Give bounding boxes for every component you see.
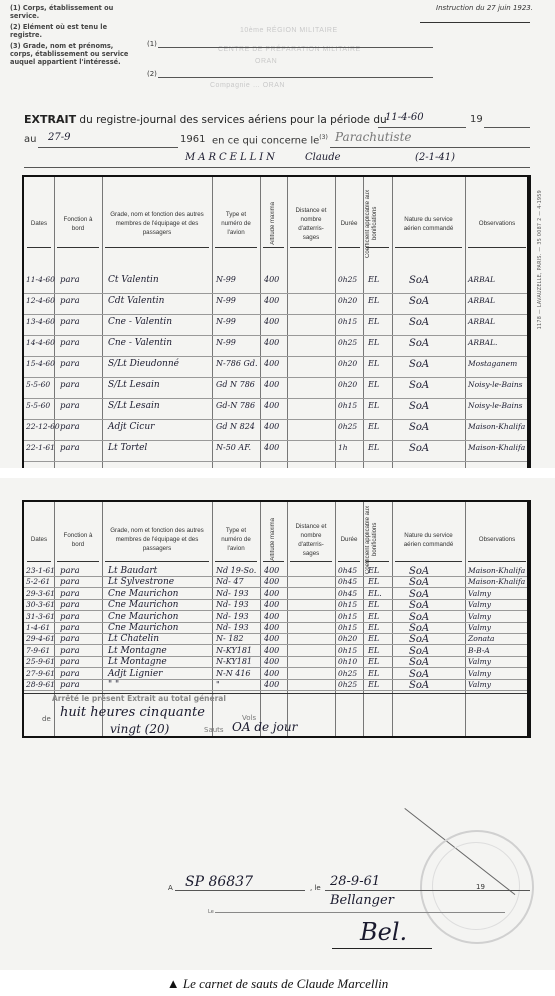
name-value: MARCELLIN: [185, 152, 278, 163]
cell-nature: SoA: [409, 296, 429, 307]
cell-grade: Lt Tortel: [108, 443, 147, 453]
faint-stamp-line-1: 10ème RÉGION MILITAIRE: [240, 27, 338, 34]
cell-nature: SoA: [409, 317, 429, 328]
cell-fonction: para: [60, 380, 80, 390]
field-2-line: [158, 77, 433, 78]
cell-fonction: para: [60, 612, 80, 622]
cell-duree: 0h25: [338, 680, 357, 689]
header-underline: [338, 247, 360, 248]
cell-duree: 0h15: [338, 646, 357, 655]
header-underline: [263, 561, 284, 562]
cell-alt: 400: [264, 612, 279, 621]
header-duree: Durée: [335, 177, 363, 270]
cell-coef: EL: [368, 680, 379, 689]
cell-alt: 400: [264, 623, 279, 632]
header-underline: [263, 247, 284, 248]
cell-obs: Valmy: [468, 600, 491, 609]
grade-line: [330, 147, 530, 148]
cell-date: 14-4-60: [26, 338, 55, 347]
field-1-label: (1): [147, 40, 157, 48]
cell-grade: Adjt Cicur: [108, 422, 154, 432]
cell-obs: Maison-Khalifa: [468, 443, 525, 452]
cell-duree: 0h20: [338, 634, 357, 643]
cell-nature: SoA: [409, 589, 429, 600]
period-to: 27-9: [48, 132, 70, 143]
field-2-label: (2): [147, 70, 157, 78]
table-row: 11-4-60paraCt ValentinN-994000h25ELSoAAR…: [24, 273, 527, 293]
cell-coef: EL: [368, 612, 379, 621]
row-rule: [24, 461, 527, 462]
cell-grade: S/Lt Dieudonné: [108, 359, 179, 369]
cell-date: 30-3-61: [26, 600, 55, 609]
period-from-line: [378, 127, 466, 128]
le-label: , le: [310, 884, 321, 892]
service-log-table-top: Dates Fonction à bord Grade, nom et fonc…: [22, 175, 531, 468]
cell-duree: 0h20: [338, 359, 357, 368]
cell-obs: ARBAL: [468, 296, 495, 305]
vols-value: huit heures cinquante: [60, 705, 205, 720]
cell-coef: EL: [368, 380, 379, 389]
arrete-label: Arrêté le présent Extrait au total génér…: [52, 694, 226, 703]
cell-nature: SoA: [409, 600, 429, 611]
cell-type: Gd N 824: [216, 422, 255, 431]
header-underline: [105, 247, 209, 248]
header-nature: Nature du service aérien commandé: [392, 177, 465, 270]
cell-type: N-99: [216, 338, 236, 347]
table-row: 15-4-60paraS/Lt DieudonnéN-786 Gd.4000h2…: [24, 357, 527, 377]
cell-nature: SoA: [409, 577, 429, 588]
document-page-top: (1) Corps, établissement ou service. (2)…: [0, 0, 555, 468]
cell-obs: Zonata: [468, 634, 495, 643]
cell-fonction: para: [60, 646, 80, 656]
de-label: de: [42, 715, 51, 723]
header-underline: [338, 561, 360, 562]
table-row: 7-9-61paraLt MontagneN-KY1814000h15ELSoA…: [24, 646, 527, 657]
cell-obs: Maison-Khalifa: [468, 577, 525, 586]
header-underline: [290, 561, 332, 562]
date-value: 28-9-61: [330, 874, 380, 889]
header-underline: [215, 247, 257, 248]
cell-fonction: para: [60, 566, 80, 576]
header-altitude-text: Altitude maxima: [270, 518, 277, 561]
cell-coef: EL: [368, 566, 379, 575]
header-underline: [27, 247, 51, 248]
cell-grade: S/Lt Lesain: [108, 401, 160, 411]
cell-obs: ARBAL.: [468, 338, 497, 347]
cell-type: Gd-N 786: [216, 401, 255, 410]
cell-date: 1-4-61: [26, 623, 50, 632]
cell-fonction: para: [60, 422, 80, 432]
header-underline: [468, 247, 526, 248]
cell-grade: Cne Maurichon: [108, 623, 178, 633]
cell-grade: Cne Maurichon: [108, 612, 178, 622]
cell-fonction: para: [60, 634, 80, 644]
cell-fonction: para: [60, 317, 80, 327]
service-log-table-bottom: Dates Fonction à bord Grade, nom et fonc…: [22, 500, 531, 738]
a-label: A: [168, 884, 173, 892]
cell-fonction: para: [60, 359, 80, 369]
cell-date: 15-4-60: [26, 359, 55, 368]
sauts-label: Sauts: [204, 726, 224, 734]
class-value: (2-1-41): [415, 152, 455, 163]
cell-type: N- 182: [216, 634, 244, 643]
cell-type: N-99: [216, 275, 236, 284]
cell-nature: SoA: [409, 646, 429, 657]
cell-fonction: para: [60, 669, 80, 679]
cell-grade: Cdt Valentin: [108, 296, 164, 306]
cell-type: N-KY181: [216, 646, 252, 655]
header-underline: [366, 561, 389, 562]
cell-grade: Cne Maurichon: [108, 600, 178, 610]
footnote-3: (3) Grade, nom et prénoms, corps, établi…: [10, 42, 132, 66]
cell-date: 31-3-61: [26, 612, 55, 621]
cell-alt: 400: [264, 657, 279, 666]
header-observations: Observations: [465, 177, 529, 270]
cell-alt: 400: [264, 577, 279, 586]
grade-value: Parachutiste: [335, 130, 412, 144]
cell-coef: EL: [368, 634, 379, 643]
instruction-note: Instruction du 27 juin 1923.: [436, 4, 533, 12]
cell-duree: 0h45: [338, 589, 357, 598]
header-fonction: Fonction à bord: [54, 177, 102, 270]
header-underline: [57, 247, 99, 248]
cell-obs: Mostaganem: [468, 359, 517, 368]
sauts-value: vingt (20): [110, 722, 169, 736]
date-line: [325, 890, 530, 891]
cell-obs: Valmy: [468, 589, 491, 598]
cell-nature: SoA: [409, 275, 429, 286]
table-row: 14-4-60paraCne - ValentinN-994000h25ELSo…: [24, 336, 527, 356]
cell-type: N-786 Gd.: [216, 359, 258, 368]
cell-fonction: para: [60, 589, 80, 599]
cell-date: 27-9-61: [26, 669, 55, 678]
cell-coef: EL: [368, 657, 379, 666]
name-line: [24, 167, 530, 168]
cell-alt: 400: [264, 338, 279, 347]
cell-nature: SoA: [409, 612, 429, 623]
cell-alt: 400: [264, 443, 279, 452]
field-1-line: [158, 47, 433, 48]
header-underline: [395, 561, 462, 562]
cell-duree: 0h10: [338, 657, 357, 666]
table-row: 5-5-60paraS/Lt LesainGd-N 7864000h15ELSo…: [24, 399, 527, 419]
footnote-2: (2) Elément où est tenu le registre.: [10, 23, 132, 39]
extrait-line-1: EXTRAIT du registre-journal des services…: [24, 113, 387, 126]
extrait-period-label: du registre-journal des services aériens…: [79, 114, 386, 126]
cell-grade: Ct Valentin: [108, 275, 159, 285]
cell-alt: 400: [264, 296, 279, 305]
cell-date: 5-2-61: [26, 577, 50, 586]
cell-duree: 0h20: [338, 380, 357, 389]
header-underline: [468, 561, 526, 562]
cell-alt: 400: [264, 380, 279, 389]
cell-fonction: para: [60, 338, 80, 348]
cell-alt: 400: [264, 401, 279, 410]
year-prefix: 19: [470, 114, 483, 125]
cell-alt: 400: [264, 317, 279, 326]
year-line: [484, 127, 530, 128]
cell-type: Gd N 786: [216, 380, 255, 389]
header-underline: [215, 561, 257, 562]
cell-obs: Valmy: [468, 657, 491, 666]
cell-duree: 0h25: [338, 422, 357, 431]
cell-obs: Valmy: [468, 612, 491, 621]
cell-nature: SoA: [409, 680, 429, 691]
signatory-line: [215, 912, 505, 913]
cell-nature: SoA: [409, 634, 429, 645]
table-row: 23-1-61paraLt BaudartNd 19-So.4000h45ELS…: [24, 566, 527, 577]
cell-alt: 400: [264, 359, 279, 368]
cell-date: 22-1-61: [26, 443, 55, 452]
table-row: 28-9-61para" ""4000h25ELSoAValmy: [24, 680, 527, 691]
table-row: 5-2-61paraLt SylvestroneNd- 474000h45ELS…: [24, 577, 527, 588]
au-label: au: [24, 134, 36, 145]
cell-fonction: para: [60, 296, 80, 306]
cell-type: N-N 416: [216, 669, 251, 678]
cell-duree: 0h15: [338, 612, 357, 621]
cell-duree: 0h45: [338, 566, 357, 575]
table-row: 31-3-61paraCne MaurichonNd- 1934000h15EL…: [24, 612, 527, 623]
concerne-text: en ce qui concerne le: [212, 135, 319, 146]
table-row: 30-3-61paraCne MaurichonNd- 1934000h15EL…: [24, 600, 527, 611]
cell-fonction: para: [60, 443, 80, 453]
cell-obs: B-B-A: [468, 646, 490, 655]
table-row: 12-4-60paraCdt ValentinN-994000h20ELSoAA…: [24, 294, 527, 314]
cell-duree: 0h25: [338, 338, 357, 347]
cell-type: Nd- 47: [216, 577, 244, 586]
header-coefficient-text: Coefficient applicable aux bonifications: [365, 177, 391, 270]
cell-duree: 0h15: [338, 401, 357, 410]
cell-duree: 0h25: [338, 669, 357, 678]
cell-obs: Valmy: [468, 669, 491, 678]
cell-date: 29-3-61: [26, 589, 55, 598]
cell-coef: EL: [368, 669, 379, 678]
cell-duree: 0h25: [338, 275, 357, 284]
header-underline: [395, 247, 462, 248]
cell-type: ": [216, 680, 220, 689]
cell-nature: SoA: [409, 623, 429, 634]
cell-date: 22-12-60: [26, 422, 60, 431]
cell-alt: 400: [264, 680, 279, 689]
cell-coef: EL: [368, 359, 379, 368]
cell-grade: Lt Montagne: [108, 657, 167, 667]
cell-grade: Lt Montagne: [108, 646, 167, 656]
signatory-name: Bellanger: [330, 893, 394, 908]
cell-nature: SoA: [409, 566, 429, 577]
cell-obs: ARBAL: [468, 275, 495, 284]
sauts-extra: OA de jour: [232, 720, 297, 734]
cell-type: N-50 AF.: [216, 443, 251, 452]
header-underline: [366, 247, 389, 248]
header-distance: Distance et nombre d'atterris-sages: [287, 177, 335, 270]
cell-date: 5-5-60: [26, 380, 50, 389]
cell-date: 5-5-60: [26, 401, 50, 410]
year-suffix: 19: [476, 883, 485, 891]
header-underline: [105, 561, 209, 562]
row-rule: [24, 690, 527, 691]
caption: ▲ Le carnet de sauts de Claude Marcellin: [0, 976, 555, 992]
header-grade: Grade, nom et fonction des autres membre…: [102, 177, 212, 270]
cell-obs: Noisy-le-Bains: [468, 380, 523, 389]
cell-date: 13-4-60: [26, 317, 55, 326]
cell-nature: SoA: [409, 338, 429, 349]
cell-duree: 1h: [338, 443, 348, 452]
cell-date: 7-9-61: [26, 646, 50, 655]
header-underline: [57, 561, 99, 562]
cell-alt: 400: [264, 422, 279, 431]
cell-alt: 400: [264, 600, 279, 609]
cell-fonction: para: [60, 275, 80, 285]
cell-alt: 400: [264, 275, 279, 284]
cell-coef: EL: [368, 401, 379, 410]
cell-coef: EL: [368, 577, 379, 586]
cell-nature: SoA: [409, 669, 429, 680]
cell-type: N-99: [216, 317, 236, 326]
cell-fonction: para: [60, 680, 80, 690]
faint-stamp-line-4: Compagnie … ORAN: [210, 82, 285, 89]
cell-coef: EL: [368, 338, 379, 347]
year-to: 1961: [180, 134, 205, 145]
cell-obs: Noisy-le-Bains: [468, 401, 523, 410]
cell-coef: EL: [368, 317, 379, 326]
period-to-line: [38, 147, 178, 148]
cell-type: Nd 19-So.: [216, 566, 256, 575]
cell-grade: Cne - Valentin: [108, 338, 172, 348]
cell-alt: 400: [264, 634, 279, 643]
cell-fonction: para: [60, 577, 80, 587]
cell-duree: 0h20: [338, 296, 357, 305]
cell-date: 12-4-60: [26, 296, 55, 305]
cell-fonction: para: [60, 401, 80, 411]
cell-grade: Adjt Lignier: [108, 669, 162, 679]
place-value: SP 86837: [185, 874, 253, 890]
cell-alt: 400: [264, 566, 279, 575]
header-type: Type et numéro de l'avion: [212, 177, 260, 270]
cell-nature: SoA: [409, 443, 429, 454]
cell-obs: Maison-Khalifa: [468, 422, 525, 431]
faint-stamp-line-3: ORAN: [255, 58, 277, 65]
cell-coef: EL: [368, 646, 379, 655]
header-dates: Dates: [24, 177, 54, 270]
firstname-value: Claude: [305, 152, 341, 163]
cell-nature: SoA: [409, 380, 429, 391]
cell-obs: Maison-Khalifa: [468, 566, 525, 575]
cell-grade: Lt Chatelin: [108, 634, 159, 644]
cell-date: 29-4-61: [26, 634, 55, 643]
table-row: 1-4-61paraCne MaurichonNd- 1934000h15ELS…: [24, 623, 527, 634]
table-row: 22-12-60paraAdjt CicurGd N 8244000h25ELS…: [24, 420, 527, 440]
cell-type: Nd- 193: [216, 612, 249, 621]
cell-fonction: para: [60, 657, 80, 667]
cell-nature: SoA: [409, 359, 429, 370]
extrait-title: EXTRAIT: [24, 113, 76, 126]
cell-coef: EL: [368, 422, 379, 431]
period-from: 11-4-60: [385, 112, 424, 123]
cell-duree: 0h15: [338, 623, 357, 632]
signature: Bel.: [360, 918, 407, 946]
cell-coef: EL: [368, 600, 379, 609]
cell-duree: 0h45: [338, 577, 357, 586]
cell-type: Nd- 193: [216, 600, 249, 609]
instruction-flourish: [420, 22, 530, 23]
cell-grade: Lt Baudart: [108, 566, 157, 576]
table-row: 25-9-61paraLt MontagneN-KY1814000h10ELSo…: [24, 657, 527, 668]
cell-coef: EL.: [368, 589, 382, 598]
header-underline: [290, 247, 332, 248]
header-coefficient: Coefficient applicable aux bonifications: [363, 177, 392, 270]
table-row: 27-9-61paraAdjt LignierN-N 4164000h25ELS…: [24, 669, 527, 680]
cell-type: N-KY181: [216, 657, 252, 666]
footnotes: (1) Corps, établissement ou service. (2)…: [10, 4, 132, 69]
cell-coef: EL: [368, 275, 379, 284]
cell-duree: 0h15: [338, 317, 357, 326]
cell-type: N-99: [216, 296, 236, 305]
cell-fonction: para: [60, 600, 80, 610]
cell-alt: 400: [264, 669, 279, 678]
cell-nature: SoA: [409, 401, 429, 412]
cell-obs: Valmy: [468, 623, 491, 632]
cell-obs: Valmy: [468, 680, 491, 689]
cell-coef: EL: [368, 443, 379, 452]
table-row: 5-5-60paraS/Lt LesainGd N 7864000h20ELSo…: [24, 378, 527, 398]
cell-date: 28-9-61: [26, 680, 55, 689]
header-altitude: Altitude maxima: [260, 177, 287, 270]
cell-grade: Cne - Valentin: [108, 317, 172, 327]
cell-alt: 400: [264, 589, 279, 598]
cell-duree: 0h15: [338, 600, 357, 609]
cell-type: Nd- 193: [216, 623, 249, 632]
cell-obs: ARBAL: [468, 317, 495, 326]
cell-date: 25-9-61: [26, 657, 55, 666]
concerne-label: en ce qui concerne le(3): [212, 134, 328, 146]
cell-alt: 400: [264, 646, 279, 655]
header-altitude-text: Altitude maxima: [270, 202, 277, 245]
header-underline: [27, 561, 51, 562]
cell-nature: SoA: [409, 422, 429, 433]
table-row: 13-4-60paraCne - ValentinN-994000h15ELSo…: [24, 315, 527, 335]
cell-date: 23-1-61: [26, 566, 55, 575]
cell-fonction: para: [60, 623, 80, 633]
cell-grade: Cne Maurichon: [108, 589, 178, 599]
place-line: [175, 890, 305, 891]
table-row: 29-3-61paraCne MaurichonNd- 1934000h45EL…: [24, 589, 527, 600]
cell-coef: EL: [368, 296, 379, 305]
printer-imprint: 1178 — LAVAUZELLE, PARIS. — 35 0087 2 — …: [538, 190, 543, 329]
cell-grade: S/Lt Lesain: [108, 380, 160, 390]
table-row: 29-4-61paraLt ChatelinN- 1824000h20ELSoA…: [24, 634, 527, 645]
footnote-1: (1) Corps, établissement ou service.: [10, 4, 132, 20]
concerne-sup: (3): [319, 134, 328, 141]
table-row: 22-1-61paraLt TortelN-50 AF.4001hELSoAMa…: [24, 441, 527, 461]
cell-coef: EL: [368, 623, 379, 632]
signature-underline: [332, 948, 432, 949]
le2-label: Le: [208, 909, 214, 915]
cell-date: 11-4-60: [26, 275, 55, 284]
cell-nature: SoA: [409, 657, 429, 668]
cell-type: Nd- 193: [216, 589, 249, 598]
cell-grade: Lt Sylvestrone: [108, 577, 174, 587]
cell-grade: " ": [108, 680, 119, 690]
